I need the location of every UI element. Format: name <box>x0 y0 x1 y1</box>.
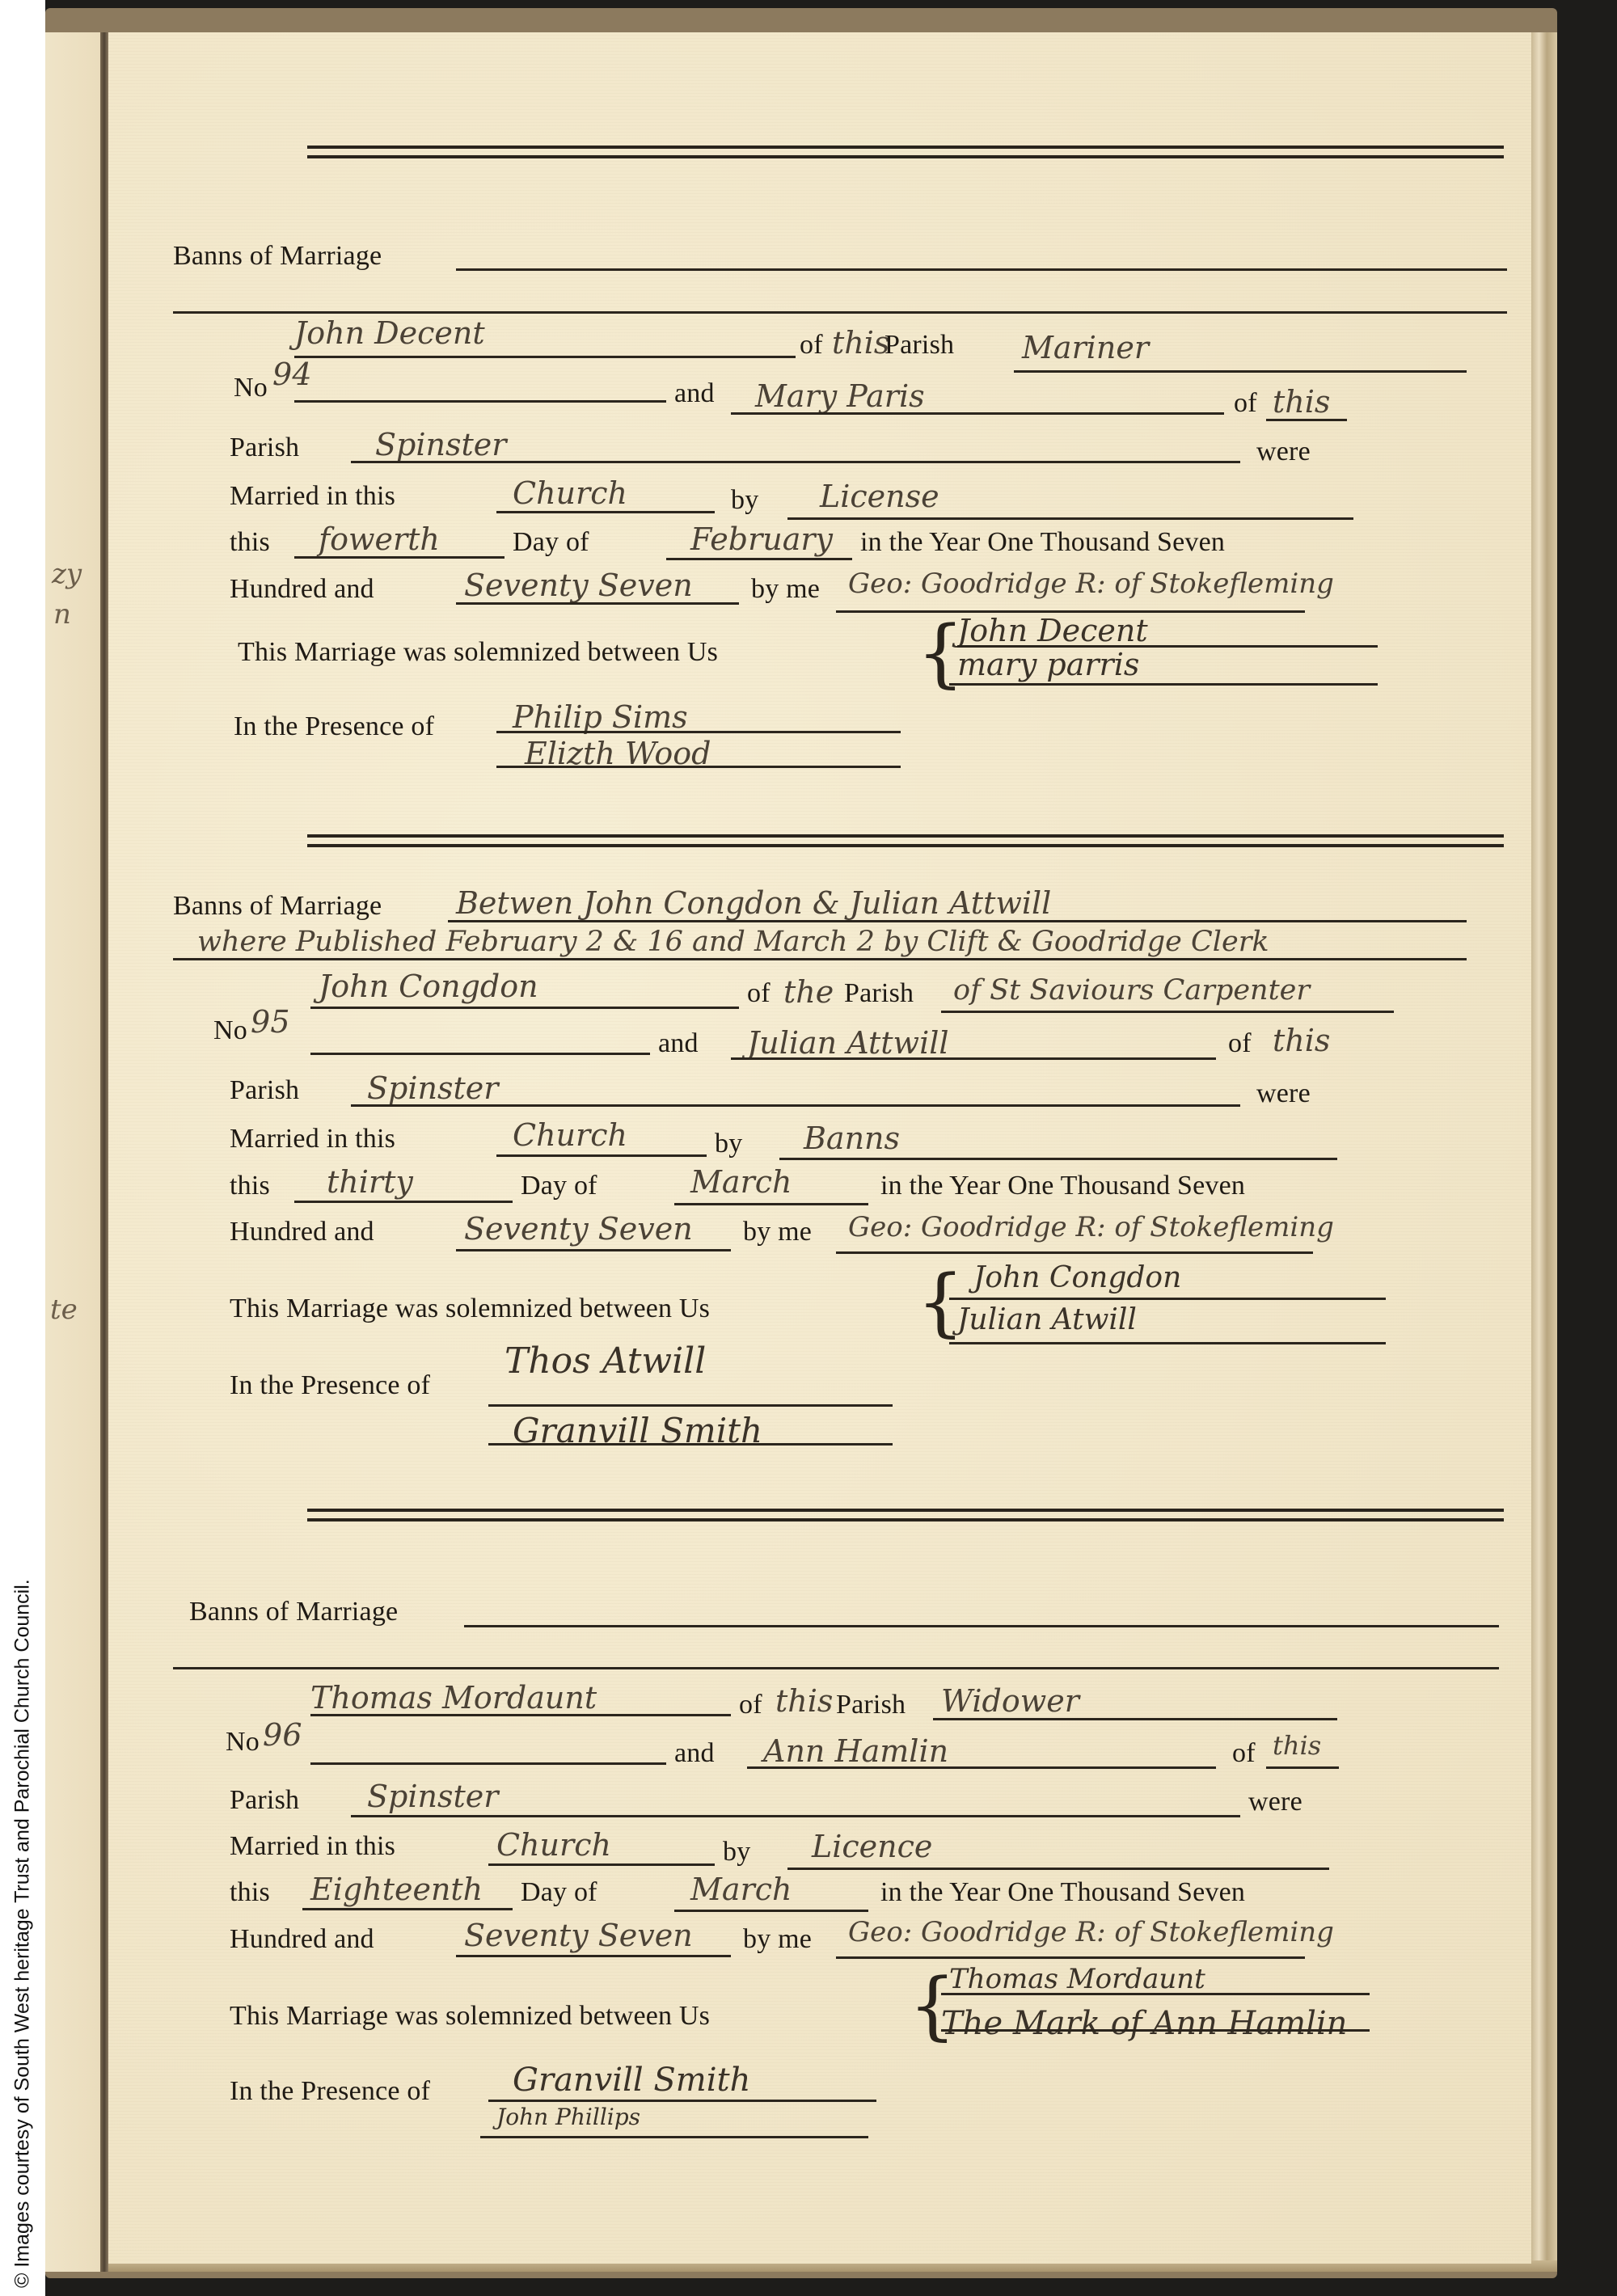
witness-line <box>496 766 901 768</box>
signature-line <box>941 2029 1370 2032</box>
bride-line <box>731 1057 1216 1060</box>
day-line <box>302 1908 513 1910</box>
parish-label: Parish <box>844 978 914 1009</box>
of-label: of <box>739 1690 762 1720</box>
by-label: by <box>731 485 758 516</box>
groom-name: John Decent <box>294 315 485 351</box>
presence-label: In the Presence of <box>230 1370 430 1401</box>
parish-label: Parish <box>230 1075 299 1106</box>
number-line <box>310 1762 666 1765</box>
marriage-by: Licence <box>812 1829 932 1864</box>
bride-name: Mary Paris <box>755 378 925 414</box>
year-words: Seventy Seven <box>464 1918 693 1953</box>
witness-2: John Phillips <box>496 2104 640 2130</box>
year-line <box>456 1955 731 1957</box>
bride-parish: this <box>1273 1023 1330 1058</box>
witness-line <box>488 1443 893 1446</box>
banns-line <box>456 268 1507 271</box>
page-edges <box>1531 32 1557 2264</box>
of-label: of <box>800 330 823 361</box>
signature-bride: The Mark of Ann Hamlin <box>941 2005 1347 2042</box>
parish-label: Parish <box>230 1785 299 1816</box>
place: Church <box>496 1827 611 1863</box>
parish-line <box>351 1815 1240 1817</box>
of-label: of <box>1234 388 1257 419</box>
day-line <box>294 1201 513 1203</box>
groom-status: Mariner <box>1022 330 1149 365</box>
and-label: and <box>674 1738 715 1769</box>
signature-groom: Thomas Mordaunt <box>949 1963 1205 1995</box>
month: March <box>690 1164 792 1200</box>
bride-line <box>747 1766 1216 1769</box>
banns-label: Banns of Marriage <box>173 891 382 922</box>
hundred-label: Hundred and <box>230 1217 374 1247</box>
hundred-label: Hundred and <box>230 1924 374 1955</box>
parish-label: Parish <box>230 433 299 463</box>
groom-status: Widower <box>941 1683 1079 1719</box>
signature-line <box>941 1993 1370 1995</box>
parish-line <box>351 461 1240 463</box>
status-line <box>941 1011 1394 1013</box>
margin-note: te <box>50 1294 78 1326</box>
by-line <box>779 1158 1337 1160</box>
year-words: Seventy Seven <box>464 1211 693 1247</box>
witness-line <box>496 731 901 733</box>
of-label: of <box>1232 1738 1256 1769</box>
bride-parish-line <box>1266 1766 1339 1769</box>
this-label: this <box>230 1171 270 1201</box>
signature-groom: John Congdon <box>973 1261 1181 1294</box>
witness-1: Philip Sims <box>513 699 688 735</box>
status-line <box>1014 370 1467 373</box>
place: Church <box>513 475 627 511</box>
place-line <box>488 1863 715 1866</box>
of-label: of <box>747 978 771 1009</box>
witness-line <box>488 1404 893 1407</box>
were-label: were <box>1256 437 1311 467</box>
groom-parish: this <box>775 1683 833 1719</box>
entry-number: 94 <box>272 357 312 392</box>
officiant-line <box>836 1956 1305 1959</box>
month-line <box>666 558 852 560</box>
entry-number-label: No95 <box>213 1011 287 1046</box>
bride-parish: this <box>1273 1730 1321 1761</box>
presence-label: In the Presence of <box>234 711 434 742</box>
month: February <box>690 521 833 557</box>
officiant: Geo: Goodridge R: of Stokefleming <box>848 1211 1334 1243</box>
status-line <box>933 1718 1337 1720</box>
signature-line <box>949 1342 1386 1344</box>
bride-status: Spinster <box>367 1070 498 1106</box>
banns-line-2 <box>173 1667 1499 1669</box>
banns-line <box>464 1625 1499 1627</box>
year-words: Seventy Seven <box>464 568 693 603</box>
month: March <box>690 1872 792 1907</box>
banns-text-2: where Published February 2 & 16 and Marc… <box>197 926 1269 958</box>
witness-1: Thos Atwill <box>505 1340 706 1382</box>
banns-line <box>448 920 1467 922</box>
bride-status: Spinster <box>375 427 506 462</box>
banns-label: Banns of Marriage <box>173 241 382 272</box>
of-label: of <box>1228 1028 1252 1059</box>
entry-number-label: No94 <box>234 368 307 403</box>
bride-parish: this <box>1273 384 1330 420</box>
signature-groom: John Decent <box>957 613 1148 648</box>
officiant: Geo: Goodridge R: of Stokefleming <box>848 568 1334 600</box>
signature-bride: Julian Atwill <box>957 1303 1137 1336</box>
entry-number-label: No96 <box>226 1722 299 1758</box>
year-line <box>456 602 739 605</box>
groom-line <box>294 356 796 358</box>
groom-name: John Congdon <box>319 969 538 1004</box>
book-gutter <box>100 32 108 2272</box>
were-label: were <box>1248 1787 1302 1817</box>
by-label: by <box>715 1129 742 1159</box>
place-line <box>496 1154 707 1157</box>
solemnized-label: This Marriage was solemnized between Us <box>230 2001 710 2032</box>
number-line <box>310 1053 650 1055</box>
banns-line-2 <box>173 958 1467 960</box>
month-line <box>674 1203 868 1205</box>
parish-label: Parish <box>884 330 954 361</box>
month-line <box>674 1910 868 1912</box>
by-me-label: by me <box>743 1217 812 1247</box>
bride-parish-line <box>1266 419 1347 421</box>
banns-line-2 <box>173 311 1507 314</box>
witness-line <box>480 2136 868 2138</box>
groom-parish: this <box>832 325 889 361</box>
groom-parish: the <box>783 974 834 1010</box>
place-line <box>496 511 715 513</box>
and-label: and <box>674 378 715 409</box>
facing-page-edge <box>45 32 102 2272</box>
married-label: Married in this <box>230 1831 395 1862</box>
signature-bride: mary parris <box>957 647 1139 682</box>
this-label: this <box>230 527 270 558</box>
witness-1: Granvill Smith <box>513 2062 750 2099</box>
groom-status: of St Saviours Carpenter <box>953 974 1310 1007</box>
bride-line <box>731 412 1224 415</box>
bride-name: Julian Attwill <box>747 1025 949 1061</box>
day: thirty <box>327 1164 413 1200</box>
by-label: by <box>723 1837 750 1868</box>
presence-label: In the Presence of <box>230 2076 430 2107</box>
officiant: Geo: Goodridge R: of Stokefleming <box>848 1916 1334 1948</box>
day: Eighteenth <box>310 1872 483 1907</box>
parish-label: Parish <box>836 1690 906 1720</box>
solemnized-label: This Marriage was solemnized between Us <box>230 1294 710 1324</box>
by-line <box>787 1868 1329 1870</box>
day: fowerth <box>319 521 440 557</box>
married-label: Married in this <box>230 1124 395 1154</box>
bride-name: Ann Hamlin <box>763 1733 948 1769</box>
bride-status: Spinster <box>367 1779 498 1814</box>
this-label: this <box>230 1877 270 1908</box>
year-line <box>456 1249 731 1251</box>
marriage-by: License <box>820 479 939 514</box>
year-label: in the Year One Thousand Seven <box>860 527 1225 558</box>
entry-number: 95 <box>251 1004 290 1040</box>
year-label: in the Year One Thousand Seven <box>880 1877 1245 1908</box>
year-label: in the Year One Thousand Seven <box>880 1171 1245 1201</box>
banns-label: Banns of Marriage <box>189 1597 398 1627</box>
margin-note: n <box>53 598 71 631</box>
register-page: Banns of Marriage No94 John Decent of th… <box>108 32 1531 2264</box>
officiant-line <box>836 1251 1313 1254</box>
and-label: and <box>658 1028 699 1059</box>
were-label: were <box>1256 1078 1311 1109</box>
copyright-strip: © Images courtesy of South West heritage… <box>0 0 45 2296</box>
married-label: Married in this <box>230 481 395 512</box>
place: Church <box>513 1117 627 1153</box>
signature-line <box>949 683 1378 686</box>
margin-note: zy <box>52 558 82 590</box>
day-of-label: Day of <box>513 527 589 558</box>
number-line <box>294 400 666 403</box>
day-of-label: Day of <box>521 1877 597 1908</box>
day-line <box>294 556 505 559</box>
marriage-by: Banns <box>804 1121 900 1156</box>
by-me-label: by me <box>743 1924 812 1955</box>
groom-name: Thomas Mordaunt <box>310 1680 597 1716</box>
groom-line <box>310 1714 731 1716</box>
hundred-label: Hundred and <box>230 574 374 605</box>
parish-line <box>351 1104 1240 1107</box>
groom-line <box>310 1007 739 1009</box>
copyright-notice: © Images courtesy of South West heritage… <box>11 1579 35 2288</box>
day-of-label: Day of <box>521 1171 597 1201</box>
by-me-label: by me <box>751 574 820 605</box>
by-line <box>787 517 1353 520</box>
solemnized-label: This Marriage was solemnized between Us <box>238 637 718 668</box>
witness-line <box>488 2100 876 2102</box>
entry-number: 96 <box>263 1717 302 1753</box>
banns-text-1: Betwen John Congdon & Julian Attwill <box>456 885 1051 921</box>
signature-line <box>949 1298 1386 1300</box>
